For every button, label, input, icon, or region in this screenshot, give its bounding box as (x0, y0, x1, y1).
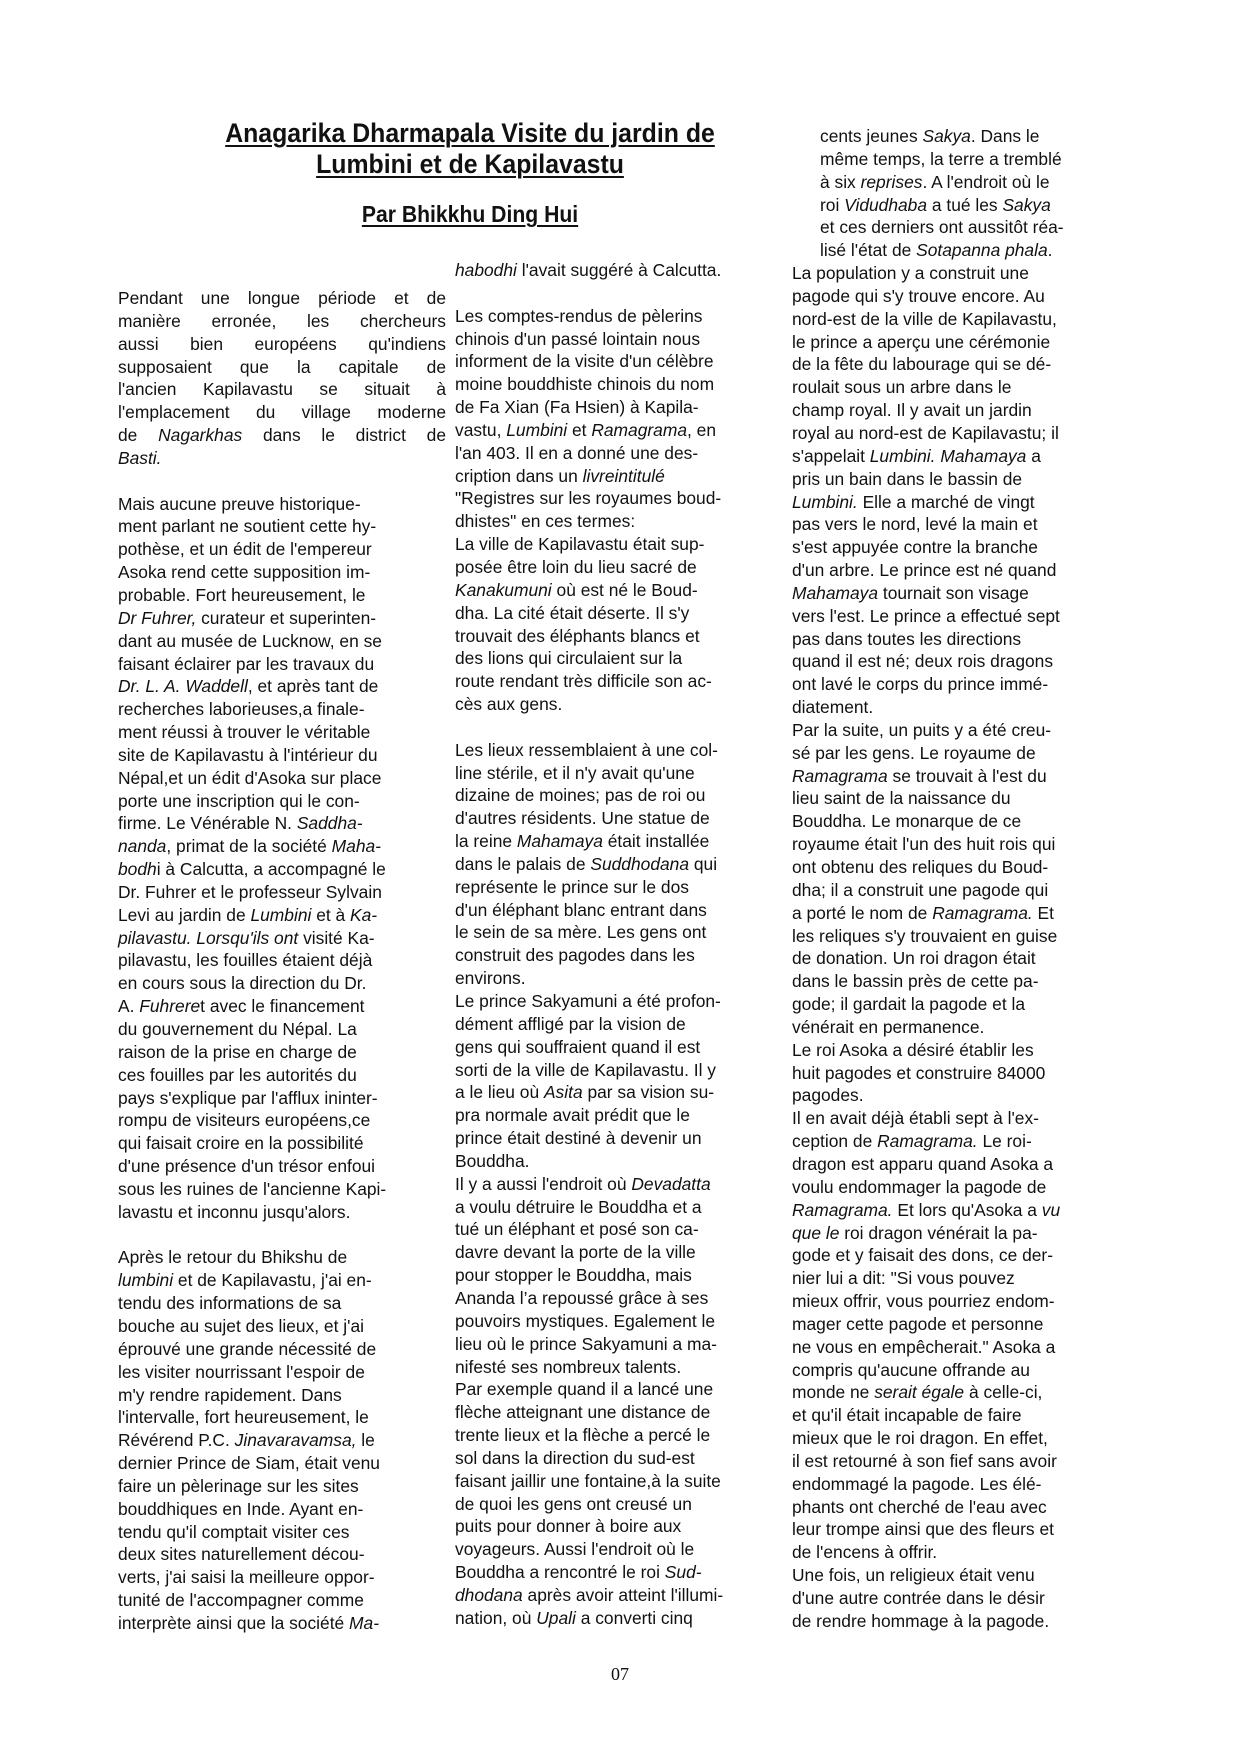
text-line: sé par les gens. Le royaume de (792, 742, 1120, 765)
italic-text: Lumbini. Mahamaya (870, 446, 1027, 466)
italic-text: lumbini (118, 1270, 173, 1290)
text-run: de l'encens à offrir. (792, 1542, 937, 1562)
text-line: Le roi Asoka a désiré établir les (792, 1039, 1120, 1062)
text-line: l'an 403. Il en a donné une des- (455, 442, 785, 465)
text-run: royaume était l'un des huit rois qui (792, 834, 1055, 854)
text-line: ces fouilles par les autorités du (118, 1064, 446, 1087)
text-line: pra normale avait prédit que le (455, 1104, 785, 1127)
text-line: Il y a aussi l'endroit où Devadatta (455, 1173, 785, 1196)
text-run: puits pour donner à boire aux (455, 1516, 681, 1536)
text-run: Il en avait déjà établi sept à l'ex- (792, 1108, 1039, 1128)
text-line: aussi bien européens qu'indiens (118, 333, 446, 356)
italic-text: Maha- (332, 836, 381, 856)
italic-text: bodh (118, 859, 157, 879)
text-run: , en (687, 420, 716, 440)
text-run: des lions qui circulaient sur la (455, 648, 682, 668)
paragraph-gap (455, 716, 785, 739)
text-line: nord-est de la ville de Kapilavastu, (792, 308, 1120, 331)
text-line: du gouvernement du Népal. La (118, 1018, 446, 1041)
italic-text: livreintitulé (583, 466, 665, 486)
text-run: bouddhiques en Inde. Ayant en- (118, 1499, 363, 1519)
text-line: dernier Prince de Siam, était venu (118, 1452, 446, 1475)
text-line: flèche atteignant une distance de (455, 1401, 785, 1424)
text-line: pagodes. (792, 1084, 1120, 1107)
italic-text: pilavastu. Lorsqu'ils ont (118, 928, 298, 948)
text-run: faisant jaillir une fontaine,à la suite (455, 1471, 721, 1491)
text-run: s'est appuyée contre la branche (792, 537, 1038, 557)
text-line: lumbini et de Kapilavastu, j'ai en- (118, 1269, 446, 1292)
text-run: pilavastu, les fouilles étaient déjà (118, 950, 372, 970)
text-run: sol dans la direction du sud-est (455, 1448, 695, 1468)
text-run: nord-est de la ville de Kapilavastu, (792, 309, 1057, 329)
text-run: bouche au sujet des lieux, et j'ai (118, 1316, 364, 1336)
text-line: d'un éléphant blanc entrant dans (455, 899, 785, 922)
text-line: Mais aucune preuve historique- (118, 493, 446, 516)
text-line: de Nagarkhas dans le district de (118, 424, 446, 447)
text-run: l'avait suggéré à Calcutta. (517, 260, 721, 280)
text-run: construit des pagodes dans les (455, 945, 695, 965)
text-line: éprouvé une grande nécessité de (118, 1338, 446, 1361)
text-line: Il en avait déjà établi sept à l'ex- (792, 1107, 1120, 1130)
text-run: éprouvé une grande nécessité de (118, 1339, 376, 1359)
text-line: de la fête du labourage qui se dé- (792, 353, 1120, 376)
italic-text: nanda (118, 836, 166, 856)
text-run: aussi bien européens qu'indiens (118, 334, 446, 354)
text-line: Dr. Fuhrer et le professeur Sylvain (118, 881, 446, 904)
text-line: Ramagrama se trouvait à l'est du (792, 765, 1120, 788)
text-run: tunité de l'accompagner comme (118, 1590, 364, 1610)
text-line: pas vers le nord, levé la main et (792, 513, 1120, 536)
text-line: gode et y faisait des dons, ce der- (792, 1244, 1120, 1267)
text-run: champ royal. Il y avait un jardin (792, 400, 1032, 420)
text-line: quand il est né; deux rois dragons (792, 650, 1120, 673)
italic-text: Ka- (350, 905, 377, 925)
text-run: qui (689, 854, 717, 874)
text-run: et ces derniers ont aussitôt réa- (820, 217, 1064, 237)
text-line: Le prince Sakyamuni a été profon- (455, 990, 785, 1013)
text-run: diatement. (792, 697, 873, 717)
text-line: moine bouddhiste chinois du nom (455, 373, 785, 396)
italic-text: Fuhrere (139, 996, 200, 1016)
text-run: lisé l'état de (820, 240, 916, 260)
text-run: pouvoirs mystiques. Egalement le (455, 1311, 715, 1331)
text-line: deux sites naturellement décou- (118, 1543, 446, 1566)
text-run: davre devant la porte de la ville (455, 1242, 696, 1262)
text-line: construit des pagodes dans les (455, 944, 785, 967)
text-run: lieu où le prince Sakyamuni a ma- (455, 1334, 717, 1354)
text-run: manière erronée, les chercheurs (118, 311, 446, 331)
text-line: Une fois, un religieux était venu (792, 1564, 1120, 1587)
text-run: se trouvait à l'est du (888, 766, 1047, 786)
text-line: de l'encens à offrir. (792, 1541, 1120, 1564)
text-line: Par la suite, un puits y a été creu- (792, 719, 1120, 742)
italic-text: reprises (861, 172, 923, 192)
text-line: pilavastu. Lorsqu'ils ont visité Ka- (118, 927, 446, 950)
text-line: tunité de l'accompagner comme (118, 1589, 446, 1612)
italic-text: Vidudhaba (844, 195, 927, 215)
text-run: recherches laborieuses,a finale- (118, 699, 365, 719)
italic-text: Ramagrama (792, 766, 888, 786)
text-run: La ville de Kapilavastu était sup- (455, 534, 704, 554)
text-run: d'un arbre. Le prince est né quand (792, 560, 1056, 580)
text-line: à six reprises. A l'endroit où le (792, 171, 1120, 194)
text-line: tendu qu'il comptait visiter ces (118, 1521, 446, 1544)
text-line: pour stopper le Bouddha, mais (455, 1264, 785, 1287)
text-run: voulu endommager la pagode de (792, 1177, 1046, 1197)
text-run: Par la suite, un puits y a été creu- (792, 720, 1051, 740)
text-run: le sein de sa mère. Les gens ont (455, 922, 706, 942)
italic-text: Asita (544, 1082, 583, 1102)
text-line: diatement. (792, 696, 1120, 719)
text-run: où est né le Boud- (552, 580, 698, 600)
text-run: Asoka rend cette supposition im- (118, 562, 370, 582)
text-column-2: habodhi l'avait suggéré à Calcutta.Les c… (455, 259, 785, 1630)
italic-text: habodhi (455, 260, 517, 280)
paragraph-gap (118, 1224, 446, 1247)
text-line: vers l'est. Le prince a effectué sept (792, 605, 1120, 628)
text-run: dans le palais de (455, 854, 590, 874)
text-run: huit pagodes et construire 84000 (792, 1063, 1045, 1083)
text-run: Dr. Fuhrer et le professeur Sylvain (118, 882, 382, 902)
text-run: pagodes. (792, 1085, 864, 1105)
text-run: pagode qui s'y trouve encore. Au (792, 286, 1045, 306)
italic-text: vu (1042, 1200, 1060, 1220)
text-run: prince était destiné à devenir un (455, 1128, 702, 1148)
text-run: verts, j'ai saisi la meilleure oppor- (118, 1567, 375, 1587)
text-run: a tué les (927, 195, 1002, 215)
italic-text: Nagarkhas (158, 425, 242, 445)
text-run: et qu'il était incapable de faire (792, 1405, 1022, 1425)
text-run: tournait son visage (878, 583, 1029, 603)
text-line: d'autres résidents. Une statue de (455, 807, 785, 830)
text-run: Le prince Sakyamuni a été profon- (455, 991, 721, 1011)
italic-text: Suddhodana (590, 854, 689, 874)
text-run: à celle-ci, (964, 1382, 1042, 1402)
text-run: en cours sous la direction du Dr. (118, 973, 366, 993)
text-line: bouddhiques en Inde. Ayant en- (118, 1498, 446, 1521)
text-line: environs. (455, 967, 785, 990)
text-run: , et après tant de (248, 676, 379, 696)
text-run: raison de la prise en charge de (118, 1042, 357, 1062)
text-run: faire un pèlerinage sur les sites (118, 1476, 359, 1496)
text-line: Bouddha. (455, 1150, 785, 1173)
text-line: Kanakumuni où est né le Boud- (455, 579, 785, 602)
text-line: royaume était l'un des huit rois qui (792, 833, 1120, 856)
text-run: de la fête du labourage qui se dé- (792, 354, 1051, 374)
italic-text: Ramagrama. (877, 1131, 978, 1151)
text-line: phants ont cherché de l'eau avec (792, 1496, 1120, 1519)
text-run: d'un éléphant blanc entrant dans (455, 900, 707, 920)
article-title: Anagarika Dharmapala Visite du jardin de… (176, 118, 765, 180)
text-run: et de Kapilavastu, j'ai en- (173, 1270, 372, 1290)
text-run: nifesté ses nombreux talents. (455, 1357, 681, 1377)
text-run: t avec le financement (200, 996, 364, 1016)
text-line: et ces derniers ont aussitôt réa- (792, 216, 1120, 239)
text-run: pas dans toutes les directions (792, 629, 1021, 649)
text-run: s'appelait (792, 446, 870, 466)
text-run: qui faisait croire en la possibilité (118, 1133, 364, 1153)
text-run: lavastu et inconnu jusqu'alors. (118, 1202, 350, 1222)
text-run: Après le retour du Bhikshu de (118, 1247, 347, 1267)
text-run: mager cette pagode et personne (792, 1314, 1043, 1334)
text-line: de quoi les gens ont creusé un (455, 1493, 785, 1516)
text-line: voulu endommager la pagode de (792, 1176, 1120, 1199)
text-line: mager cette pagode et personne (792, 1313, 1120, 1336)
text-run: Mais aucune preuve historique- (118, 494, 361, 514)
text-run: d'autres résidents. Une statue de (455, 808, 710, 828)
text-run: phants ont cherché de l'eau avec (792, 1497, 1047, 1517)
text-run: route rendant très difficile son ac- (455, 671, 712, 691)
text-run: a converti cinq (576, 1608, 693, 1628)
text-run: de donation. Un roi dragon était (792, 948, 1036, 968)
text-run: Les comptes-rendus de pèlerins (455, 306, 702, 326)
text-line: Les comptes-rendus de pèlerins (455, 305, 785, 328)
text-run: de (118, 425, 158, 445)
text-run: du gouvernement du Népal. La (118, 1019, 357, 1039)
text-run: Bouddha a rencontré le roi (455, 1562, 665, 1582)
text-line: le prince a aperçu une cérémonie (792, 331, 1120, 354)
text-line: dragon est apparu quand Asoka a (792, 1153, 1120, 1176)
text-line: Mahamaya tournait son visage (792, 582, 1120, 605)
text-line: puits pour donner à boire aux (455, 1515, 785, 1538)
text-line: Les lieux ressemblaient à une col- (455, 739, 785, 762)
text-line: ont obtenu des reliques du Boud- (792, 856, 1120, 879)
text-line: roi Vidudhaba a tué les Sakya (792, 194, 1120, 217)
italic-text: Jinavaravamsa, (235, 1430, 357, 1450)
text-line: site de Kapilavastu à l'intérieur du (118, 744, 446, 767)
text-line: A. Fuhreret avec le financement (118, 995, 446, 1018)
text-line: Népal,et un édit d'Asoka sur place (118, 767, 446, 790)
text-line: voyageurs. Aussi l'endroit où le (455, 1538, 785, 1561)
text-run: Le roi Asoka a désiré établir les (792, 1040, 1034, 1060)
text-line: en cours sous la direction du Dr. (118, 972, 446, 995)
text-line: Après le retour du Bhikshu de (118, 1246, 446, 1269)
text-run: vastu, (455, 420, 506, 440)
text-line: gode; il gardait la pagode et la (792, 993, 1120, 1016)
text-run: posée être loin du lieu sacré de (455, 557, 697, 577)
text-line: ment parlant ne soutient cette hy- (118, 515, 446, 538)
text-line: le sein de sa mère. Les gens ont (455, 921, 785, 944)
text-run: a porté le nom de (792, 903, 932, 923)
text-run: compris qu'aucune offrande au (792, 1360, 1030, 1380)
text-line: et qu'il était incapable de faire (792, 1404, 1120, 1427)
text-line: firme. Le Vénérable N. Saddha- (118, 812, 446, 835)
text-line: nier lui a dit: "Si vous pouvez (792, 1267, 1120, 1290)
text-line: cents jeunes Sakya. Dans le (792, 125, 1120, 148)
text-run: gode; il gardait la pagode et la (792, 994, 1025, 1014)
text-run: ont obtenu des reliques du Boud- (792, 857, 1048, 877)
text-run: informent de la visite d'un célèbre (455, 351, 714, 371)
text-run: le (356, 1430, 374, 1450)
text-run: endommagé la pagode. Les élé- (792, 1474, 1041, 1494)
text-line: dans le palais de Suddhodana qui (455, 853, 785, 876)
italic-text: Sakya (1002, 195, 1050, 215)
text-run: firme. Le Vénérable N. (118, 813, 297, 833)
text-line: il est retourné à son fief sans avoir (792, 1450, 1120, 1473)
text-run: probable. Fort heureusement, le (118, 585, 365, 605)
text-line: porte une inscription qui le con- (118, 790, 446, 813)
text-run: par sa vision su- (583, 1082, 714, 1102)
text-line: champ royal. Il y avait un jardin (792, 399, 1120, 422)
text-line: dha; il a construit une pagode qui (792, 879, 1120, 902)
text-line: pagode qui s'y trouve encore. Au (792, 285, 1120, 308)
text-run: porte une inscription qui le con- (118, 791, 360, 811)
text-run: mieux que le roi dragon. En effet, (792, 1428, 1048, 1448)
text-line: lieu saint de la naissance du (792, 787, 1120, 810)
text-run: gode et y faisait des dons, ce der- (792, 1245, 1053, 1265)
text-line: qui faisait croire en la possibilité (118, 1132, 446, 1155)
text-line: davre devant la porte de la ville (455, 1241, 785, 1264)
document-page: Anagarika Dharmapala Visite du jardin de… (0, 0, 1240, 1754)
text-line: pays s'explique par l'afflux ininter- (118, 1087, 446, 1110)
italic-text: Basti. (118, 448, 162, 468)
text-line: La population y a construit une (792, 262, 1120, 285)
text-run: trente lieux et la flèche a percé le (455, 1425, 710, 1445)
paragraph-gap (118, 470, 446, 493)
text-line: ont lavé le corps du prince immé- (792, 673, 1120, 696)
text-line: mieux offrir, vous pourriez endom- (792, 1290, 1120, 1313)
text-line: tué un éléphant et posé son ca- (455, 1218, 785, 1241)
text-run: . Dans le (971, 126, 1040, 146)
text-line: m'y rendre rapidement. Dans (118, 1384, 446, 1407)
italic-text: Saddha- (297, 813, 363, 833)
text-line: ception de Ramagrama. Le roi- (792, 1130, 1120, 1153)
text-line: faire un pèlerinage sur les sites (118, 1475, 446, 1498)
text-line: Lumbini. Elle a marché de vingt (792, 491, 1120, 514)
text-run: de quoi les gens ont creusé un (455, 1494, 692, 1514)
text-run: Une fois, un religieux était venu (792, 1565, 1035, 1585)
text-line: s'appelait Lumbini. Mahamaya a (792, 445, 1120, 468)
text-line: a voulu détruire le Bouddha et a (455, 1196, 785, 1219)
text-run: Levi au jardin de (118, 905, 250, 925)
text-line: pas dans toutes les directions (792, 628, 1120, 651)
text-run: sorti de la ville de Kapilavastu. Il y (455, 1060, 716, 1080)
text-line: Dr. L. A. Waddell, et après tant de (118, 675, 446, 698)
text-line: chinois d'un passé lointain nous (455, 328, 785, 351)
text-run: environs. (455, 968, 526, 988)
text-line: d'un arbre. Le prince est né quand (792, 559, 1120, 582)
text-run: de Fa Xian (Fa Hsien) à Kapila- (455, 397, 699, 417)
text-run: pra normale avait prédit que le (455, 1105, 690, 1125)
text-line: de donation. Un roi dragon était (792, 947, 1120, 970)
text-line: bodhi à Calcutta, a accompagné le (118, 858, 446, 881)
text-line: "Registres sur les royaumes boud- (455, 487, 785, 510)
text-run: site de Kapilavastu à l'intérieur du (118, 745, 378, 765)
italic-text: Ma- (349, 1613, 379, 1633)
text-line: Asoka rend cette supposition im- (118, 561, 446, 584)
text-run: dha. La cité était déserte. Il s'y (455, 603, 689, 623)
text-line: rompu de visiteurs européens,ce (118, 1109, 446, 1132)
text-line: dant au musée de Lucknow, en se (118, 630, 446, 653)
text-run: d'une autre contrée dans le désir (792, 1588, 1045, 1608)
text-run: ception de (792, 1131, 877, 1151)
text-line: huit pagodes et construire 84000 (792, 1062, 1120, 1085)
text-line: raison de la prise en charge de (118, 1041, 446, 1064)
text-run: dhistes" en ces termes: (455, 511, 635, 531)
text-line: dizaine de moines; pas de roi ou (455, 784, 785, 807)
text-run: roi (820, 195, 844, 215)
text-line: dhodana après avoir atteint l'illumi- (455, 1584, 785, 1607)
text-run: l'intervalle, fort heureusement, le (118, 1407, 369, 1427)
text-run: "Registres sur les royaumes boud- (455, 488, 721, 508)
text-run: m'y rendre rapidement. Dans (118, 1385, 342, 1405)
text-line: recherches laborieuses,a finale- (118, 698, 446, 721)
text-line: compris qu'aucune offrande au (792, 1359, 1120, 1382)
text-line: a le lieu où Asita par sa vision su- (455, 1081, 785, 1104)
article-byline: Par Bhikkhu Ding Hui (176, 200, 765, 228)
text-line: posée être loin du lieu sacré de (455, 556, 785, 579)
text-run: faisant éclairer par les travaux du (118, 654, 374, 674)
text-run: était installée (603, 831, 709, 851)
text-line: tendu des informations de sa (118, 1292, 446, 1315)
text-run: tendu des informations de sa (118, 1293, 341, 1313)
text-run: dant au musée de Lucknow, en se (118, 631, 382, 651)
text-line: cès aux gens. (455, 693, 785, 716)
text-line: informent de la visite d'un célèbre (455, 350, 785, 373)
text-line: Bouddha. Le monarque de ce (792, 810, 1120, 833)
text-run: à six (820, 172, 861, 192)
text-run: dans le district de (242, 425, 446, 445)
text-line: endommagé la pagode. Les élé- (792, 1473, 1120, 1496)
text-run: deux sites naturellement décou- (118, 1544, 365, 1564)
text-run: nation, où (455, 1608, 536, 1628)
text-line: s'est appuyée contre la branche (792, 536, 1120, 559)
italic-text: Lumbini (250, 905, 311, 925)
text-run: de rendre hommage à la pagode. (792, 1611, 1049, 1631)
text-run: Ananda l’a repoussé grâce à ses (455, 1288, 708, 1308)
text-run: Révérend P.C. (118, 1430, 235, 1450)
text-line: roulait sous un arbre dans le (792, 376, 1120, 399)
text-run: vers l'est. Le prince a effectué sept (792, 606, 1060, 626)
text-line: royal au nord-est de Kapilavastu; il (792, 422, 1120, 445)
text-line: prince était destiné à devenir un (455, 1127, 785, 1150)
text-run: mieux offrir, vous pourriez endom- (792, 1291, 1055, 1311)
text-run: Bouddha. (455, 1151, 529, 1171)
text-run: dha; il a construit une pagode qui (792, 880, 1048, 900)
text-run: lieu saint de la naissance du (792, 788, 1011, 808)
text-line: Dr Fuhrer, curateur et superinten- (118, 607, 446, 630)
text-run: le prince a aperçu une cérémonie (792, 332, 1050, 352)
text-run: sous les ruines de l'ancienne Kapi- (118, 1179, 386, 1199)
text-run: ment réussi à trouver le véritable (118, 722, 370, 742)
italic-text: serait égale (874, 1382, 964, 1402)
text-run: d'une présence d'un trésor enfoui (118, 1156, 375, 1176)
text-run: trouvait des éléphants blancs et (455, 626, 700, 646)
text-run: . (1048, 240, 1053, 260)
text-run: pris un bain dans le bassin de (792, 469, 1022, 489)
text-run: leur trompe ainsi que des fleurs et (792, 1519, 1054, 1539)
text-run: les reliques s'y trouvaient en guise (792, 926, 1057, 946)
text-line: faisant jaillir une fontaine,à la suite (455, 1470, 785, 1493)
text-run: après avoir atteint l'illumi- (523, 1585, 724, 1605)
text-line: habodhi l'avait suggéré à Calcutta. (455, 259, 785, 282)
italic-text: Ramagrama. (792, 1200, 893, 1220)
text-run: La population y a construit une (792, 263, 1029, 283)
text-line: a porté le nom de Ramagrama. Et (792, 902, 1120, 925)
text-line: nanda, primat de la société Maha- (118, 835, 446, 858)
text-line: monde ne serait égale à celle-ci, (792, 1381, 1120, 1404)
text-run: l'emplacement du village moderne (118, 402, 446, 422)
text-run: supposaient que la capitale de (118, 357, 446, 377)
text-line: Ramagrama. Et lors qu'Asoka a vu (792, 1199, 1120, 1222)
text-column-1: Pendant une longue période et demanière … (118, 287, 446, 1635)
text-run: sé par les gens. Le royaume de (792, 743, 1036, 763)
text-run: les visiter nourrissant l'espoir de (118, 1362, 365, 1382)
italic-text: Upali (536, 1608, 576, 1628)
text-line: lieu où le prince Sakyamuni a ma- (455, 1333, 785, 1356)
text-line: même temps, la terre a tremblé (792, 148, 1120, 171)
italic-text: Ramagrama (591, 420, 687, 440)
